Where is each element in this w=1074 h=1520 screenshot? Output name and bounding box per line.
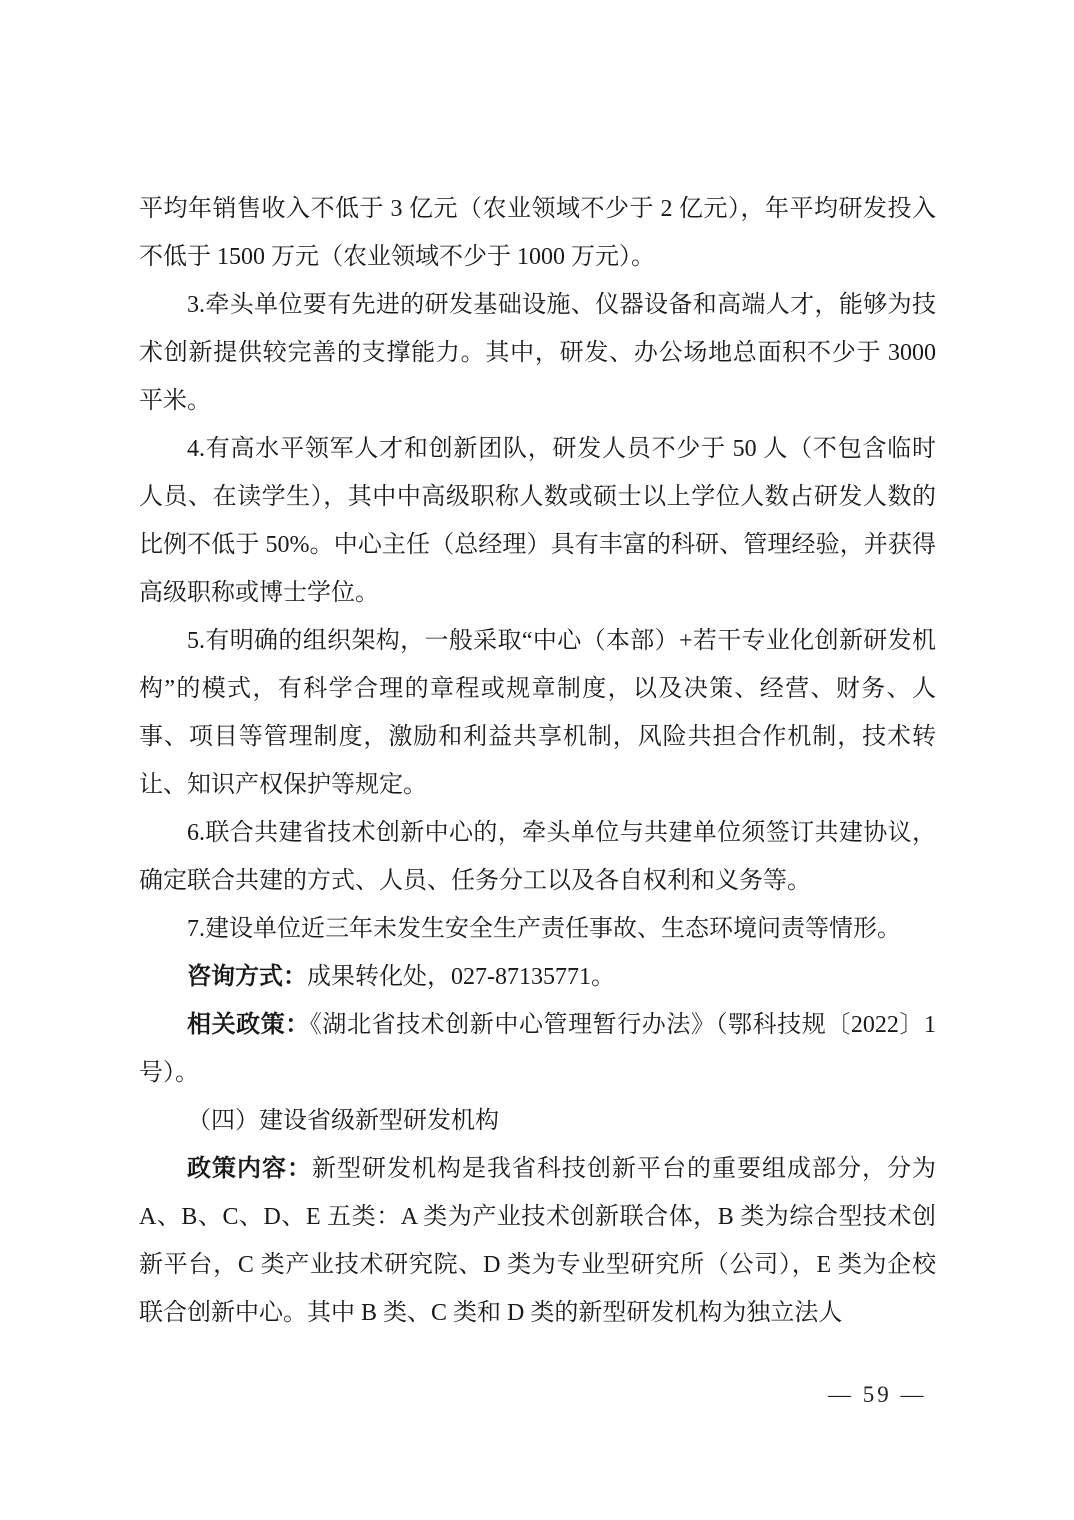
document-body: 平均年销售收入不低于 3 亿元（农业领域不少于 2 亿元），年平均研发投入不低于… [139, 185, 936, 1337]
paragraph-clause-6-joint-build: 6.联合共建省技术创新中心的，牵头单位与共建单位须签订共建协议，确定联合共建的方… [139, 809, 936, 905]
paragraph-revenue-threshold: 平均年销售收入不低于 3 亿元（农业领域不少于 2 亿元），年平均研发投入不低于… [139, 185, 936, 281]
paragraph-text: 4.有高水平领军人才和创新团队，研发人员不少于 50 人（不包含临时人员、在读学… [139, 436, 936, 606]
paragraph-clause-3-facilities: 3.牵头单位要有先进的研发基础设施、仪器设备和高端人才，能够为技术创新提供较完善… [139, 281, 936, 425]
paragraph-policy-content: 政策内容：新型研发机构是我省科技创新平台的重要组成部分，分为 A、B、C、D、E… [139, 1145, 936, 1337]
consult-method-label: 咨询方式： [187, 964, 307, 990]
paragraph-clause-7-safety: 7.建设单位近三年未发生安全生产责任事故、生态环境问责等情形。 [139, 905, 936, 953]
policy-content-label: 政策内容： [187, 1156, 312, 1182]
paragraph-text: 7.建设单位近三年未发生安全生产责任事故、生态环境问责等情形。 [187, 916, 901, 942]
paragraph-consult-contact: 咨询方式：成果转化处，027-87135771。 [139, 953, 936, 1001]
paragraph-clause-5-structure: 5.有明确的组织架构，一般采取“中心（本部）+若干专业化创新研发机构”的模式，有… [139, 617, 936, 809]
document-page: 平均年销售收入不低于 3 亿元（农业领域不少于 2 亿元），年平均研发投入不低于… [0, 0, 1074, 1520]
paragraph-text: 平均年销售收入不低于 3 亿元（农业领域不少于 2 亿元），年平均研发投入不低于… [139, 196, 936, 270]
paragraph-text: 6.联合共建省技术创新中心的，牵头单位与共建单位须签订共建协议，确定联合共建的方… [139, 820, 936, 894]
page-number: — 59 — [828, 1382, 927, 1408]
paragraph-clause-4-talent: 4.有高水平领军人才和创新团队，研发人员不少于 50 人（不包含临时人员、在读学… [139, 425, 936, 617]
paragraph-text: 5.有明确的组织架构，一般采取“中心（本部）+若干专业化创新研发机构”的模式，有… [139, 628, 936, 798]
related-policy-label: 相关政策： [187, 1012, 310, 1038]
section-heading-4-new-rd-institutions: （四）建设省级新型研发机构 [139, 1097, 936, 1145]
paragraph-text: 3.牵头单位要有先进的研发基础设施、仪器设备和高端人才，能够为技术创新提供较完善… [139, 292, 936, 414]
paragraph-related-policy: 相关政策：《湖北省技术创新中心管理暂行办法》（鄂科技规〔2022〕1 号）。 [139, 1001, 936, 1097]
heading-text: （四）建设省级新型研发机构 [187, 1108, 499, 1134]
paragraph-text: 成果转化处，027-87135771。 [307, 964, 615, 990]
